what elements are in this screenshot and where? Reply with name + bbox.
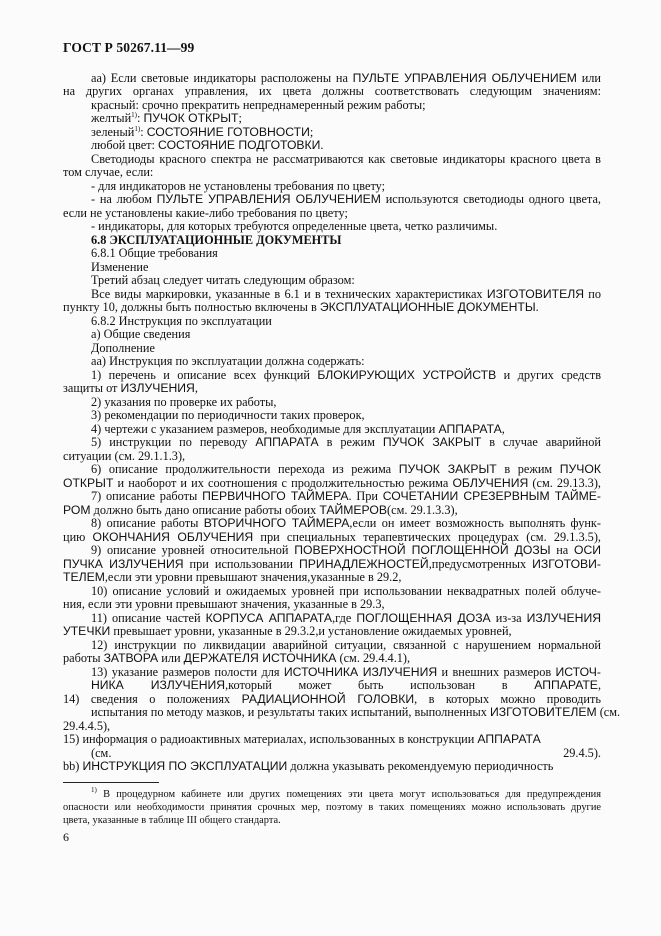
body-line: испытания по методу мазков, и результаты…	[91, 705, 601, 719]
text-run: Третий абзац следует читать следующим об…	[91, 273, 355, 287]
body-line: ОТКРЫТ и наоборот и их соотношения с про…	[63, 476, 601, 490]
body-line: Третий абзац следует читать следующим об…	[91, 273, 355, 287]
body-line: 29.4.4.5),	[63, 719, 601, 733]
text-run: цию	[63, 530, 93, 544]
text-run: в режим	[497, 462, 560, 476]
text-run: 29.4.4.5),	[63, 719, 110, 733]
text-run: (см. 29.4.5).	[91, 746, 601, 760]
body-line: 2) указания по проверке их работы,	[91, 395, 277, 409]
body-line: 6) описание продолжительности перехода и…	[91, 462, 601, 476]
body-line: пункту 10, должны быть полностью включен…	[63, 300, 539, 314]
text-run: ,который может быть использован в	[225, 678, 534, 692]
text-run: Изменение	[91, 260, 148, 274]
defined-term: ПРИНАДЛЕЖНОСТЕЙ	[299, 557, 429, 571]
text-run: пункту 10, должны быть полностью включен…	[63, 300, 320, 314]
body-line: Светодиоды красного спектра не рассматри…	[91, 152, 601, 166]
body-line: защиты от ИЗЛУЧЕНИЯ,	[63, 381, 198, 395]
defined-term: АППАРАТА	[438, 422, 501, 436]
defined-term: КОРПУСА АППАРАТА	[206, 611, 332, 625]
text-run: 4) чертежи с указанием размеров, необход…	[91, 422, 438, 436]
defined-term: ИНСТРУКЦИЯ ПО ЭКСПЛУАТАЦИИ	[82, 759, 287, 773]
text-run: 3) рекомендации по периодичности таких п…	[91, 408, 365, 422]
text-run: 14) сведения о положениях	[63, 692, 242, 706]
defined-term: ПУЧОК ЗАКРЫТ	[383, 435, 481, 449]
body-line: на других органах управления, их цвета д…	[63, 84, 601, 98]
body-line: bb) ИНСТРУКЦИЯ ПО ЭКСПЛУАТАЦИИ должна ук…	[63, 759, 553, 773]
text-run: зеленый	[91, 125, 134, 139]
text-run: по	[584, 287, 601, 301]
defined-term: БЛОКИРУЮЩИХ УСТРОЙСТВ	[317, 368, 496, 382]
body-line: том случае, если:	[63, 165, 153, 179]
body-line: 4) чертежи с указанием размеров, необход…	[91, 422, 505, 436]
body-line: Изменение	[91, 260, 148, 274]
text-run: а) Общие сведения	[91, 327, 190, 341]
body-line: 6.8.2 Инструкция по эксплуатации	[91, 314, 272, 328]
text-run: (см.	[597, 705, 620, 719]
body-line: 6.8 ЭКСПЛУАТАЦИОННЫЕ ДОКУМЕНТЫ	[91, 233, 342, 247]
defined-term: НИКА ИЗЛУЧЕНИЯ	[91, 678, 225, 692]
text-run: 6.8.2 Инструкция по эксплуатации	[91, 314, 272, 328]
body-line: ПУЧКА ИЗЛУЧЕНИЯ при использовании ПРИНАД…	[63, 557, 601, 571]
body-line: 14) сведения о положениях РАДИАЦИОННОЙ Г…	[63, 692, 601, 706]
body-line: 13) указание размеров полости для ИСТОЧН…	[91, 665, 601, 679]
text-run: ,если эти уровни превышают значения,указ…	[105, 570, 402, 584]
defined-term: ИЗЛУЧЕНИЯ	[527, 611, 601, 625]
text-run: 9) описание уровней относительной	[91, 543, 294, 557]
body-line: 7) описание работы ПЕРВИЧНОГО ТАЙМЕРА. П…	[91, 489, 601, 503]
body-line: ситуации (см. 29.1.1.3),	[63, 449, 185, 463]
text-run: должна указывать рекомендуемую периодичн…	[287, 759, 553, 773]
text-run: ;	[310, 125, 313, 139]
text-run: 6.8 ЭКСПЛУАТАЦИОННЫЕ ДОКУМЕНТЫ	[91, 233, 342, 247]
body-line: красный: срочно прекратить непреднамерен…	[91, 98, 426, 112]
body-line: желтый1): ПУЧОК ОТКРЫТ;	[91, 111, 242, 125]
defined-term: ТЕЛЕМ	[63, 570, 105, 584]
document-header: ГОСТ Р 50267.11—99	[63, 40, 194, 56]
defined-term: ПУЛЬТЕ УПРАВЛЕНИЯ ОБЛУЧЕНИЕМ	[353, 71, 577, 85]
text-run: - индикаторы, для которых требуются опре…	[91, 219, 497, 233]
text-run: 15) информация о радиоактивных материала…	[63, 732, 477, 746]
body-line: 6.8.1 Общие требования	[91, 246, 218, 260]
text-run: любой цвет:	[91, 138, 158, 152]
body-line: 8) описание работы ВТОРИЧНОГО ТАЙМЕРА,ес…	[91, 516, 601, 530]
defined-term: РОМ	[63, 503, 91, 517]
text-run: аа) Если световые индикаторы расположены…	[91, 71, 353, 85]
text-run: 5) инструкции по переводу	[91, 435, 255, 449]
text-run: 10) описание условий и ожидаемых уровней…	[91, 584, 601, 598]
text-run: 6) описание продолжительности перехода и…	[91, 462, 399, 476]
text-run: испытания по методу мазков, и результаты…	[91, 705, 490, 719]
defined-term: ИСТОЧНИКА ИЗЛУЧЕНИЯ	[284, 665, 437, 679]
body-line: зеленый1): СОСТОЯНИЕ ГОТОВНОСТИ;	[91, 125, 313, 139]
defined-term: ТАЙМЕРОВ	[319, 503, 387, 517]
defined-term: ПОГЛОЩЕННАЯ ДОЗА	[356, 611, 490, 625]
body-line: РОМ должно быть дано описание работы обо…	[63, 503, 458, 517]
text-run: - для индикаторов не установлены требова…	[91, 179, 385, 193]
body-line: 5) инструкции по переводу АППАРАТА в реж…	[91, 435, 601, 449]
text-run: Светодиоды красного спектра не рассматри…	[91, 152, 601, 166]
text-run: и внешних размеров	[437, 665, 555, 679]
body-line: 1) перечень и описание всех функций БЛОК…	[91, 368, 601, 382]
body-line: 10) описание условий и ожидаемых уровней…	[91, 584, 601, 598]
text-run: желтый	[91, 111, 131, 125]
text-run: если не установлены какие-либо требовани…	[63, 206, 348, 220]
text-run: или	[158, 651, 183, 665]
defined-term: ИСТОЧ-	[556, 665, 601, 679]
document-page: ГОСТ Р 50267.11—99 аа) Если световые инд…	[0, 0, 661, 936]
body-line: а) Общие сведения	[91, 327, 190, 341]
text-run: и других средств	[496, 368, 601, 382]
defined-term: АППАРАТА	[477, 732, 540, 746]
defined-term: ЭКСПЛУАТАЦИОННЫЕ ДОКУМЕНТЫ	[320, 300, 536, 314]
text-run: 1) перечень и описание всех функций	[91, 368, 317, 382]
text-run: ,	[502, 422, 505, 436]
text-run: (см. 29.4.4.1),	[336, 651, 410, 665]
text-run: . При	[349, 489, 383, 503]
text-run: - на любом	[91, 192, 157, 206]
text-run: Все виды маркировки, указанные в 6.1 и в…	[91, 287, 487, 301]
text-run: или	[577, 71, 601, 85]
defined-term: ОБЛУЧЕНИЯ	[452, 476, 528, 490]
body-line: 11) описание частей КОРПУСА АППАРАТА,где…	[91, 611, 601, 625]
text-run: .	[536, 300, 539, 314]
body-line: цию ОКОНЧАНИЯ ОБЛУЧЕНИЯ при специальных …	[63, 530, 601, 544]
defined-term: ПУЧОК ОТКРЫТ	[144, 111, 239, 125]
footnote-line-3: цвета, указанные в таблице III общего ст…	[63, 815, 281, 827]
body-line: 15) информация о радиоактивных материала…	[63, 732, 541, 746]
text-run: (см. 29.13.3),	[528, 476, 601, 490]
text-run: работы	[63, 651, 104, 665]
defined-term: ИЗЛУЧЕНИЯ	[121, 381, 195, 395]
text-run: должно быть дано описание работы обоих	[91, 503, 320, 517]
text-run: ситуации (см. 29.1.1.3),	[63, 449, 185, 463]
body-line: ТЕЛЕМ,если эти уровни превышают значения…	[63, 570, 401, 584]
defined-term: ОКОНЧАНИЯ ОБЛУЧЕНИЯ	[93, 530, 254, 544]
defined-term: АППАРАТЕ	[534, 678, 598, 692]
text-run: на других органах управления, их цвета д…	[63, 84, 601, 98]
body-line: ния, если эти уровни превышают значения,…	[63, 597, 385, 611]
defined-term: ПОВЕРХНОСТНОЙ ПОГЛОЩЕННОЙ ДОЗЫ	[294, 543, 550, 557]
text-run: 6.8.1 Общие требования	[91, 246, 218, 260]
text-run: при специальных терапевтических процедур…	[253, 530, 601, 544]
defined-term: АППАРАТА	[255, 435, 318, 449]
text-run: 8) описание работы	[91, 516, 204, 530]
page-number: 6	[63, 830, 69, 845]
body-line: любой цвет: СОСТОЯНИЕ ПОДГОТОВКИ.	[91, 138, 324, 152]
text-run: в режим	[319, 435, 383, 449]
body-line: - индикаторы, для которых требуются опре…	[91, 219, 497, 233]
text-run: ,если он имеет возможность выполнять фун…	[349, 516, 601, 530]
body-line: УТЕЧКИ превышает уровни, указанные в 29.…	[63, 624, 512, 638]
text-run: bb)	[63, 759, 82, 773]
body-line: аа) Инструкция по эксплуатации должна со…	[91, 354, 365, 368]
footnote-line-1: 1) В процедурном кабинете или других пом…	[91, 789, 601, 801]
text-run: при использовании	[184, 557, 300, 571]
text-run: используются светодиоды одного цвета,	[381, 192, 601, 206]
defined-term: ОСИ	[574, 543, 601, 557]
defined-term: ОТКРЫТ	[63, 476, 113, 490]
text-run: ,	[195, 381, 198, 395]
text-run: ,	[598, 678, 601, 692]
defined-term: ДЕРЖАТЕЛЯ ИСТОЧНИКА	[184, 651, 337, 665]
defined-term: ПУЧОК	[560, 462, 601, 476]
footnote-separator	[63, 782, 159, 783]
defined-term: УТЕЧКИ	[63, 624, 110, 638]
body-line: 9) описание уровней относительной ПОВЕРХ…	[91, 543, 601, 557]
text-run: ния, если эти уровни превышают значения,…	[63, 597, 385, 611]
defined-term: ИЗГОТОВИ-	[532, 557, 601, 571]
text-run: 2) указания по проверке их работы,	[91, 395, 277, 409]
defined-term: ВТОРИЧНОГО ТАЙМЕРА	[204, 516, 350, 530]
text-run: (см. 29.1.3.3),	[387, 503, 458, 517]
text-run: красный: срочно прекратить непреднамерен…	[91, 98, 426, 112]
defined-term: ИЗГОТОВИТЕЛЕМ	[490, 705, 597, 719]
text-run: ,предусмотренных	[429, 557, 532, 571]
body-line: если не установлены какие-либо требовани…	[63, 206, 348, 220]
footnote-line-2: опасности или необходимости принятия сро…	[63, 802, 601, 814]
text-run: защиты от	[63, 381, 121, 395]
text-run: ,где	[332, 611, 356, 625]
defined-term: ПУЧОК ЗАКРЫТ	[399, 462, 497, 476]
body-line: 3) рекомендации по периодичности таких п…	[91, 408, 365, 422]
body-line: аа) Если световые индикаторы расположены…	[91, 71, 601, 85]
defined-term: ПУЛЬТЕ УПРАВЛЕНИЯ ОБЛУЧЕНИЕМ	[157, 192, 381, 206]
text-run: аа) Инструкция по эксплуатации должна со…	[91, 354, 365, 368]
text-run: .	[320, 138, 323, 152]
body-line: - для индикаторов не установлены требова…	[91, 179, 385, 193]
body-line: работы ЗАТВОРА или ДЕРЖАТЕЛЯ ИСТОЧНИКА (…	[63, 651, 410, 665]
text-run: , в которых можно проводить	[414, 692, 601, 706]
defined-term: ПЕРВИЧНОГО ТАЙМЕРА	[202, 489, 348, 503]
defined-term: СОЧЕТАНИИ СРЕЗЕРВНЫМ ТАЙМЕ-	[383, 489, 601, 503]
body-line: Дополнение	[91, 341, 155, 355]
text-run: Дополнение	[91, 341, 155, 355]
body-line: (см. 29.4.5).	[91, 746, 601, 760]
body-line: НИКА ИЗЛУЧЕНИЯ,который может быть исполь…	[91, 678, 601, 692]
text-run: том случае, если:	[63, 165, 153, 179]
text-run: ;	[238, 111, 241, 125]
defined-term: РАДИАЦИОННОЙ ГОЛОВКИ	[242, 692, 415, 706]
text-run: на	[551, 543, 574, 557]
text-run: в случае аварийной	[481, 435, 601, 449]
defined-term: ПУЧКА ИЗЛУЧЕНИЯ	[63, 557, 184, 571]
defined-term: ИЗГОТОВИТЕЛЯ	[487, 287, 584, 301]
body-line: Все виды маркировки, указанные в 6.1 и в…	[91, 287, 601, 301]
defined-term: СОСТОЯНИЕ ГОТОВНОСТИ	[147, 125, 310, 139]
text-run: превышает уровни, указанные в 29.3.2,и у…	[110, 624, 511, 638]
text-run: 11) описание частей	[91, 611, 206, 625]
text-run: из-за	[491, 611, 527, 625]
defined-term: ЗАТВОРА	[104, 651, 159, 665]
text-run: 13) указание размеров полости для	[91, 665, 284, 679]
text-run: 12) инструкции по ликвидации аварийной с…	[91, 638, 601, 652]
body-line: 12) инструкции по ликвидации аварийной с…	[91, 638, 601, 652]
body-line: - на любом ПУЛЬТЕ УПРАВЛЕНИЯ ОБЛУЧЕНИЕМ …	[91, 192, 601, 206]
text-run: 7) описание работы	[91, 489, 202, 503]
text-run: и наоборот и их соотношения с продолжите…	[113, 476, 452, 490]
defined-term: СОСТОЯНИЕ ПОДГОТОВКИ	[158, 138, 320, 152]
